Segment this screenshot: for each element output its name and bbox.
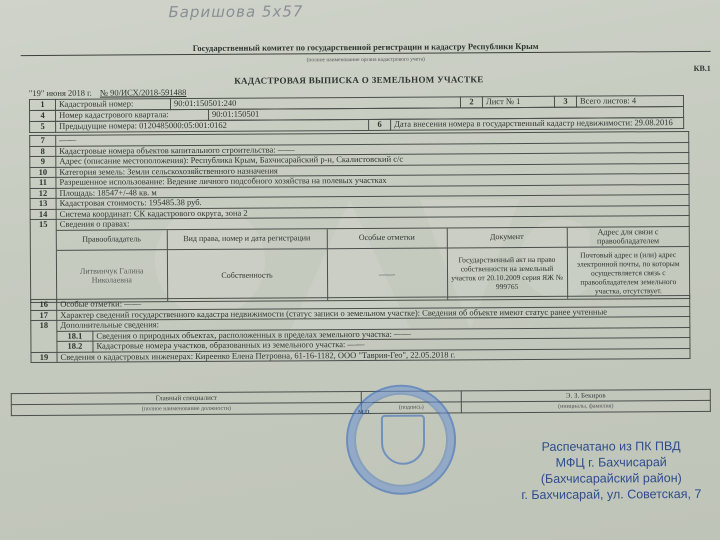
form-code: КВ.1 xyxy=(694,64,711,73)
registration-date: Дата внесения номера в государственный к… xyxy=(391,118,684,130)
sheet-number: Лист № 1 xyxy=(482,96,554,107)
organization-hint: (полное наименование органа кадастрового… xyxy=(21,55,711,65)
organization-name: Государственный комитет по государственн… xyxy=(21,40,711,56)
right-document: Государственный акт на право собственнос… xyxy=(447,247,567,300)
cadastral-table-main: 7—— 8Кадастровые номера объектов капитал… xyxy=(29,131,690,303)
right-type: Собственность xyxy=(167,248,327,301)
right-holder: Литвинчук Галина Николаевна xyxy=(57,249,167,302)
document-number: № 90/ИСХ/2018-591488 xyxy=(100,87,187,98)
total-sheets: Всего листов: 4 xyxy=(576,96,683,107)
previous-numbers: Предыдущие номера: 0120485000:05:001:016… xyxy=(56,119,369,131)
print-origin-stamp: Распечатано из ПК ПВД МФЦ г. Бахчисарай … xyxy=(506,438,716,503)
official-seal-stamp: М.П. xyxy=(346,384,457,495)
right-holder-contact: Почтовый адрес и (или) адрес электронной… xyxy=(567,246,689,299)
rights-table: Правообладатель Вид права, номер и дата … xyxy=(57,226,689,301)
seal-label: М.П. xyxy=(358,410,371,416)
cadastral-number-label: Кадастровый номер: xyxy=(55,99,170,110)
document-page: Баришова 5х57 Государственный комитет по… xyxy=(0,0,720,540)
coat-of-arms-icon xyxy=(381,415,425,465)
row-5: 5 Предыдущие номера: 0120485000:05:001:0… xyxy=(30,118,684,132)
issue-date-line: "19" июня 2018 г. № 90/ИСХ/2018-591488 xyxy=(29,87,187,98)
handwritten-note: Баришова 5х57 xyxy=(168,2,303,21)
right-notes: —— xyxy=(327,247,447,300)
document-title: КАДАСТРОВАЯ ВЫПИСКА О ЗЕМЕЛЬНОМ УЧАСТКЕ xyxy=(0,73,719,87)
cadastral-table-bottom: 16Особые отметки: —— 17Характер сведений… xyxy=(30,295,690,363)
issue-date: "19" июня 2018 г. xyxy=(29,88,92,98)
